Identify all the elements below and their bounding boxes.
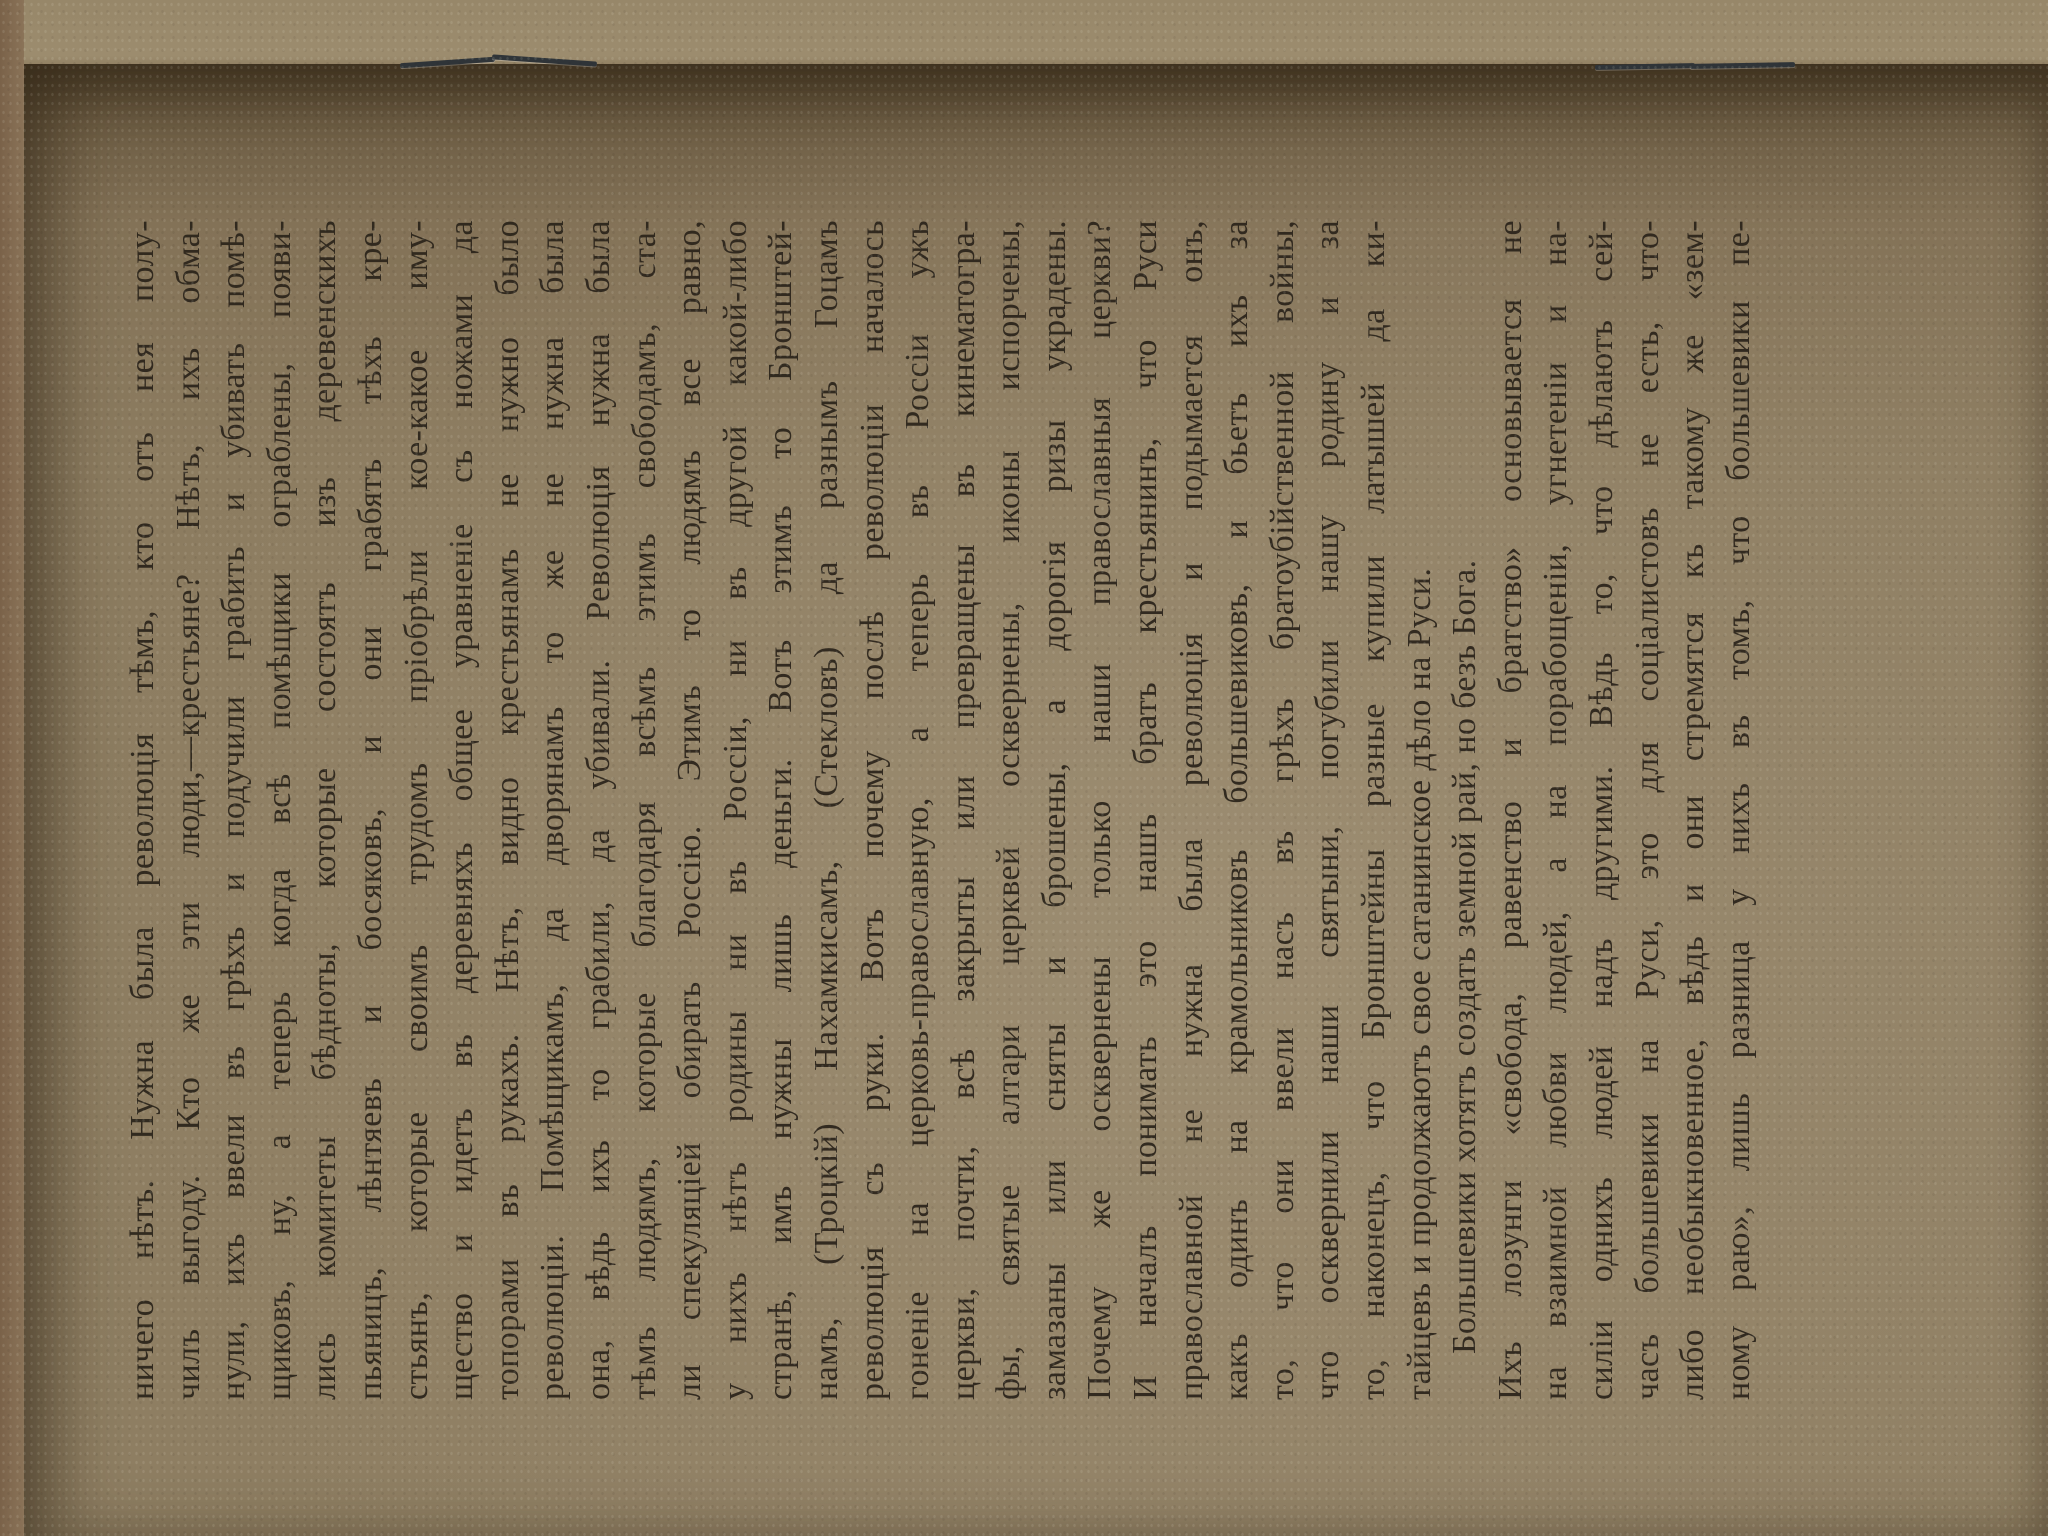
text-line: православной не нужна была революція и п…	[1169, 220, 1215, 1400]
text-line: ли спекуляціей обирать Россію. Этимъ то …	[667, 220, 713, 1400]
text-line: часъ большевики на Руси, это для соціали…	[1625, 220, 1671, 1400]
text-line: стьянъ, которые своимъ трудомъ пріобрѣли…	[394, 220, 440, 1400]
text-line: что осквернили наши святыни, погубили на…	[1305, 220, 1351, 1400]
text-line: И началъ понимать это нашъ братъ крестья…	[1123, 220, 1169, 1400]
text-line: ничего нѣтъ. Нужна была революція тѣмъ, …	[120, 220, 166, 1400]
back-page-edge	[24, 0, 2048, 70]
text-line: лись комитеты бѣдноты, которые состоятъ …	[302, 220, 348, 1400]
text-line: фы, святые алтари церквей осквернены, ик…	[986, 220, 1032, 1400]
text-line: либо необыкновенное, вѣдь и они стремятс…	[1670, 220, 1716, 1400]
text-line: революціи. Помѣщикамъ, да дворянамъ то ж…	[530, 220, 576, 1400]
paragraph-start-line: Большевики хотятъ создать земной рай, но…	[1442, 220, 1488, 1400]
text-line: на взаимной любви людей, а на порабощені…	[1533, 220, 1579, 1400]
text-line: то, что они ввели насъ въ грѣхъ братоубі…	[1260, 220, 1306, 1400]
text-line: странѣ, имъ нужны лишь деньги. Вотъ этим…	[758, 220, 804, 1400]
text-line: то, наконецъ, что Бронштейны разные купи…	[1351, 220, 1397, 1400]
text-line: ному раю», лишь разница у нихъ въ томъ, …	[1716, 220, 1762, 1400]
text-line: гоненіе на церковь-православную, а тепер…	[895, 220, 941, 1400]
text-line: намъ, (Троцкій) Нахамкисамъ, (Стекловъ) …	[804, 220, 850, 1400]
text-line: щиковъ, ну, а теперь когда всѣ помѣщики …	[257, 220, 303, 1400]
rotated-text-frame: ничего нѣтъ. Нужна была революція тѣмъ, …	[120, 220, 2020, 1400]
text-line: силіи однихъ людей надъ другими. Вѣдь то…	[1579, 220, 1625, 1400]
text-line: она, вѣдь ихъ то грабили, да убивали. Ре…	[576, 220, 622, 1400]
body-text: ничего нѣтъ. Нужна была революція тѣмъ, …	[120, 220, 1761, 1400]
text-line: пьяницъ, лѣнтяевъ и босяковъ, и они граб…	[348, 220, 394, 1400]
text-line: замазаны или сняты и брошены, а дорогія …	[1032, 220, 1078, 1400]
text-line: революція съ руки. Вотъ почему послѣ рев…	[850, 220, 896, 1400]
text-line: церкви, почти, всѣ закрыты или превращен…	[941, 220, 987, 1400]
text-line: Ихъ лозунги «свобода, равенство и братст…	[1488, 220, 1534, 1400]
text-line: чилъ выгоду. Кто же эти люди,—крестьяне?…	[166, 220, 212, 1400]
text-line: Почему же осквернены только наши правосл…	[1077, 220, 1123, 1400]
text-line: топорами въ рукахъ. Нѣтъ, видно крестьян…	[485, 220, 531, 1400]
text-line: у нихъ нѣтъ родины ни въ Россіи, ни въ д…	[713, 220, 759, 1400]
text-line: тайцевъ и продолжаютъ свое сатанинское д…	[1397, 220, 1443, 1400]
text-line: тѣмъ людямъ, которые благодаря всѣмъ эти…	[622, 220, 668, 1400]
text-line: щество и идетъ въ деревняхъ общее уравне…	[439, 220, 485, 1400]
text-line: нули, ихъ ввели въ грѣхъ и подучили граб…	[211, 220, 257, 1400]
text-line: какъ одинъ на крамольниковъ большевиковъ…	[1214, 220, 1260, 1400]
